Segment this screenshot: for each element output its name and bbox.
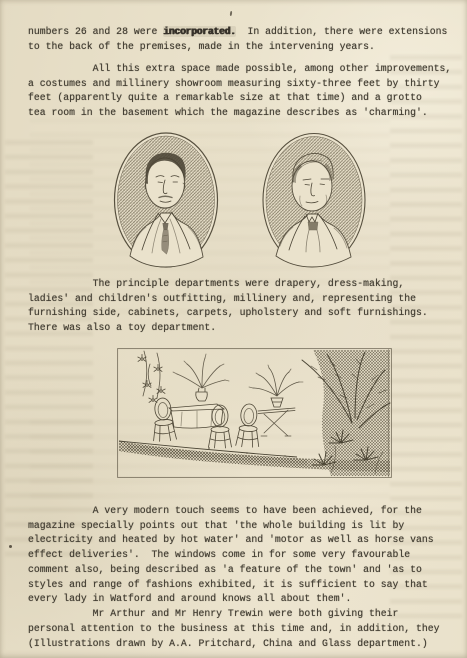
man-portrait-right-icon (262, 132, 368, 269)
ink-speck (9, 545, 12, 548)
credit-line: (Illustrations drawn by A.A. Pritchard, … (28, 637, 462, 652)
tea-room-sketch-icon (117, 348, 392, 478)
tea-room-figure (117, 348, 392, 478)
paragraph-2: All this extra space made possible, amon… (28, 62, 462, 121)
portrait-left-figure (113, 131, 220, 269)
scanned-document-page: numbers 26 and 28 were incorporated. In … (0, 0, 467, 658)
paragraph-1: numbers 26 and 28 were incorporated. In … (28, 25, 462, 54)
overstruck-word: incorporated. (163, 26, 236, 37)
paragraph-3: The principle departments were drapery, … (28, 277, 462, 336)
paragraph-1-text: numbers 26 and 28 were (28, 26, 163, 37)
paragraph-5: Mr Arthur and Mr Henry Trewin were both … (28, 607, 462, 636)
ink-speck (230, 11, 233, 16)
man-portrait-left-icon (113, 131, 220, 269)
paragraph-4: A very modern touch seems to have been a… (28, 504, 462, 607)
portrait-right-figure (262, 132, 368, 269)
